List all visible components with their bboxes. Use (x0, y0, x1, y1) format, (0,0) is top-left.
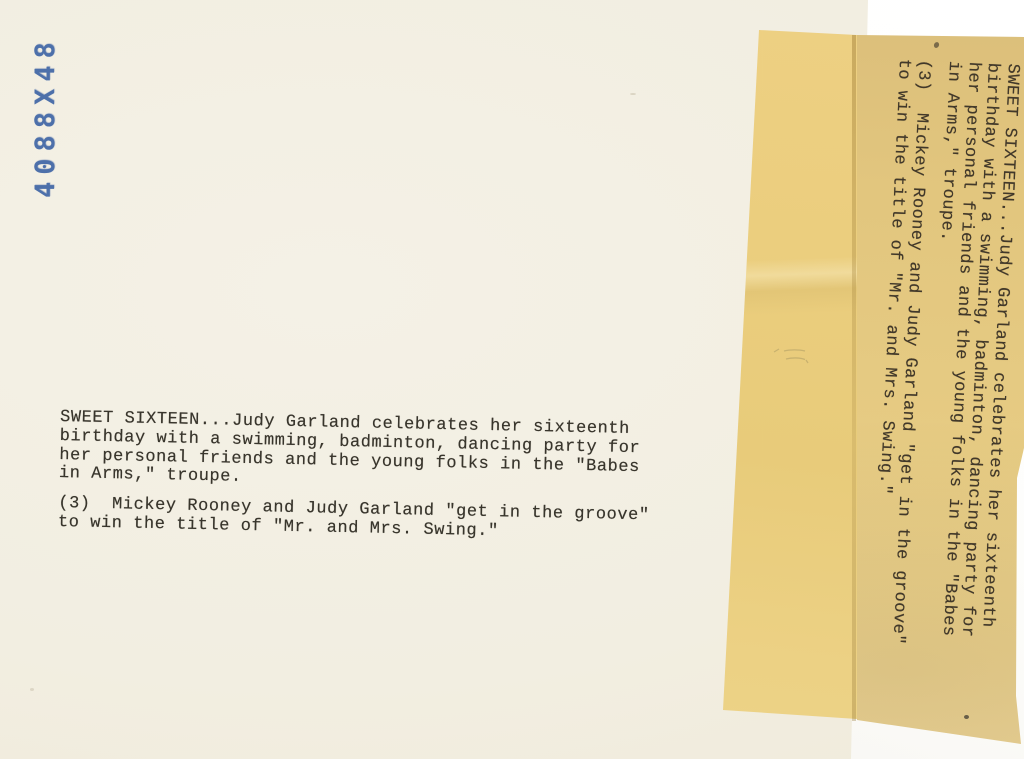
dust-speck (630, 93, 636, 95)
typed-caption: SWEET SIXTEEN...Judy Garland celebrates … (58, 409, 720, 547)
dust-speck (30, 688, 34, 691)
dust-speck (964, 715, 969, 719)
faint-pencil-mark (770, 342, 814, 376)
scanned-photo-verso: 4088X48 SWEET SIXTEEN...Judy Garland cel… (0, 0, 1024, 759)
caption-paragraph-1: SWEET SIXTEEN...Judy Garland celebrates … (59, 409, 720, 498)
photo-id-stamp: 4088X48 (30, 18, 61, 198)
snipe-typed-caption: SWEET SIXTEEN...Judy Garland celebrates … (867, 58, 1022, 663)
snipe-fold-crease (852, 35, 856, 721)
